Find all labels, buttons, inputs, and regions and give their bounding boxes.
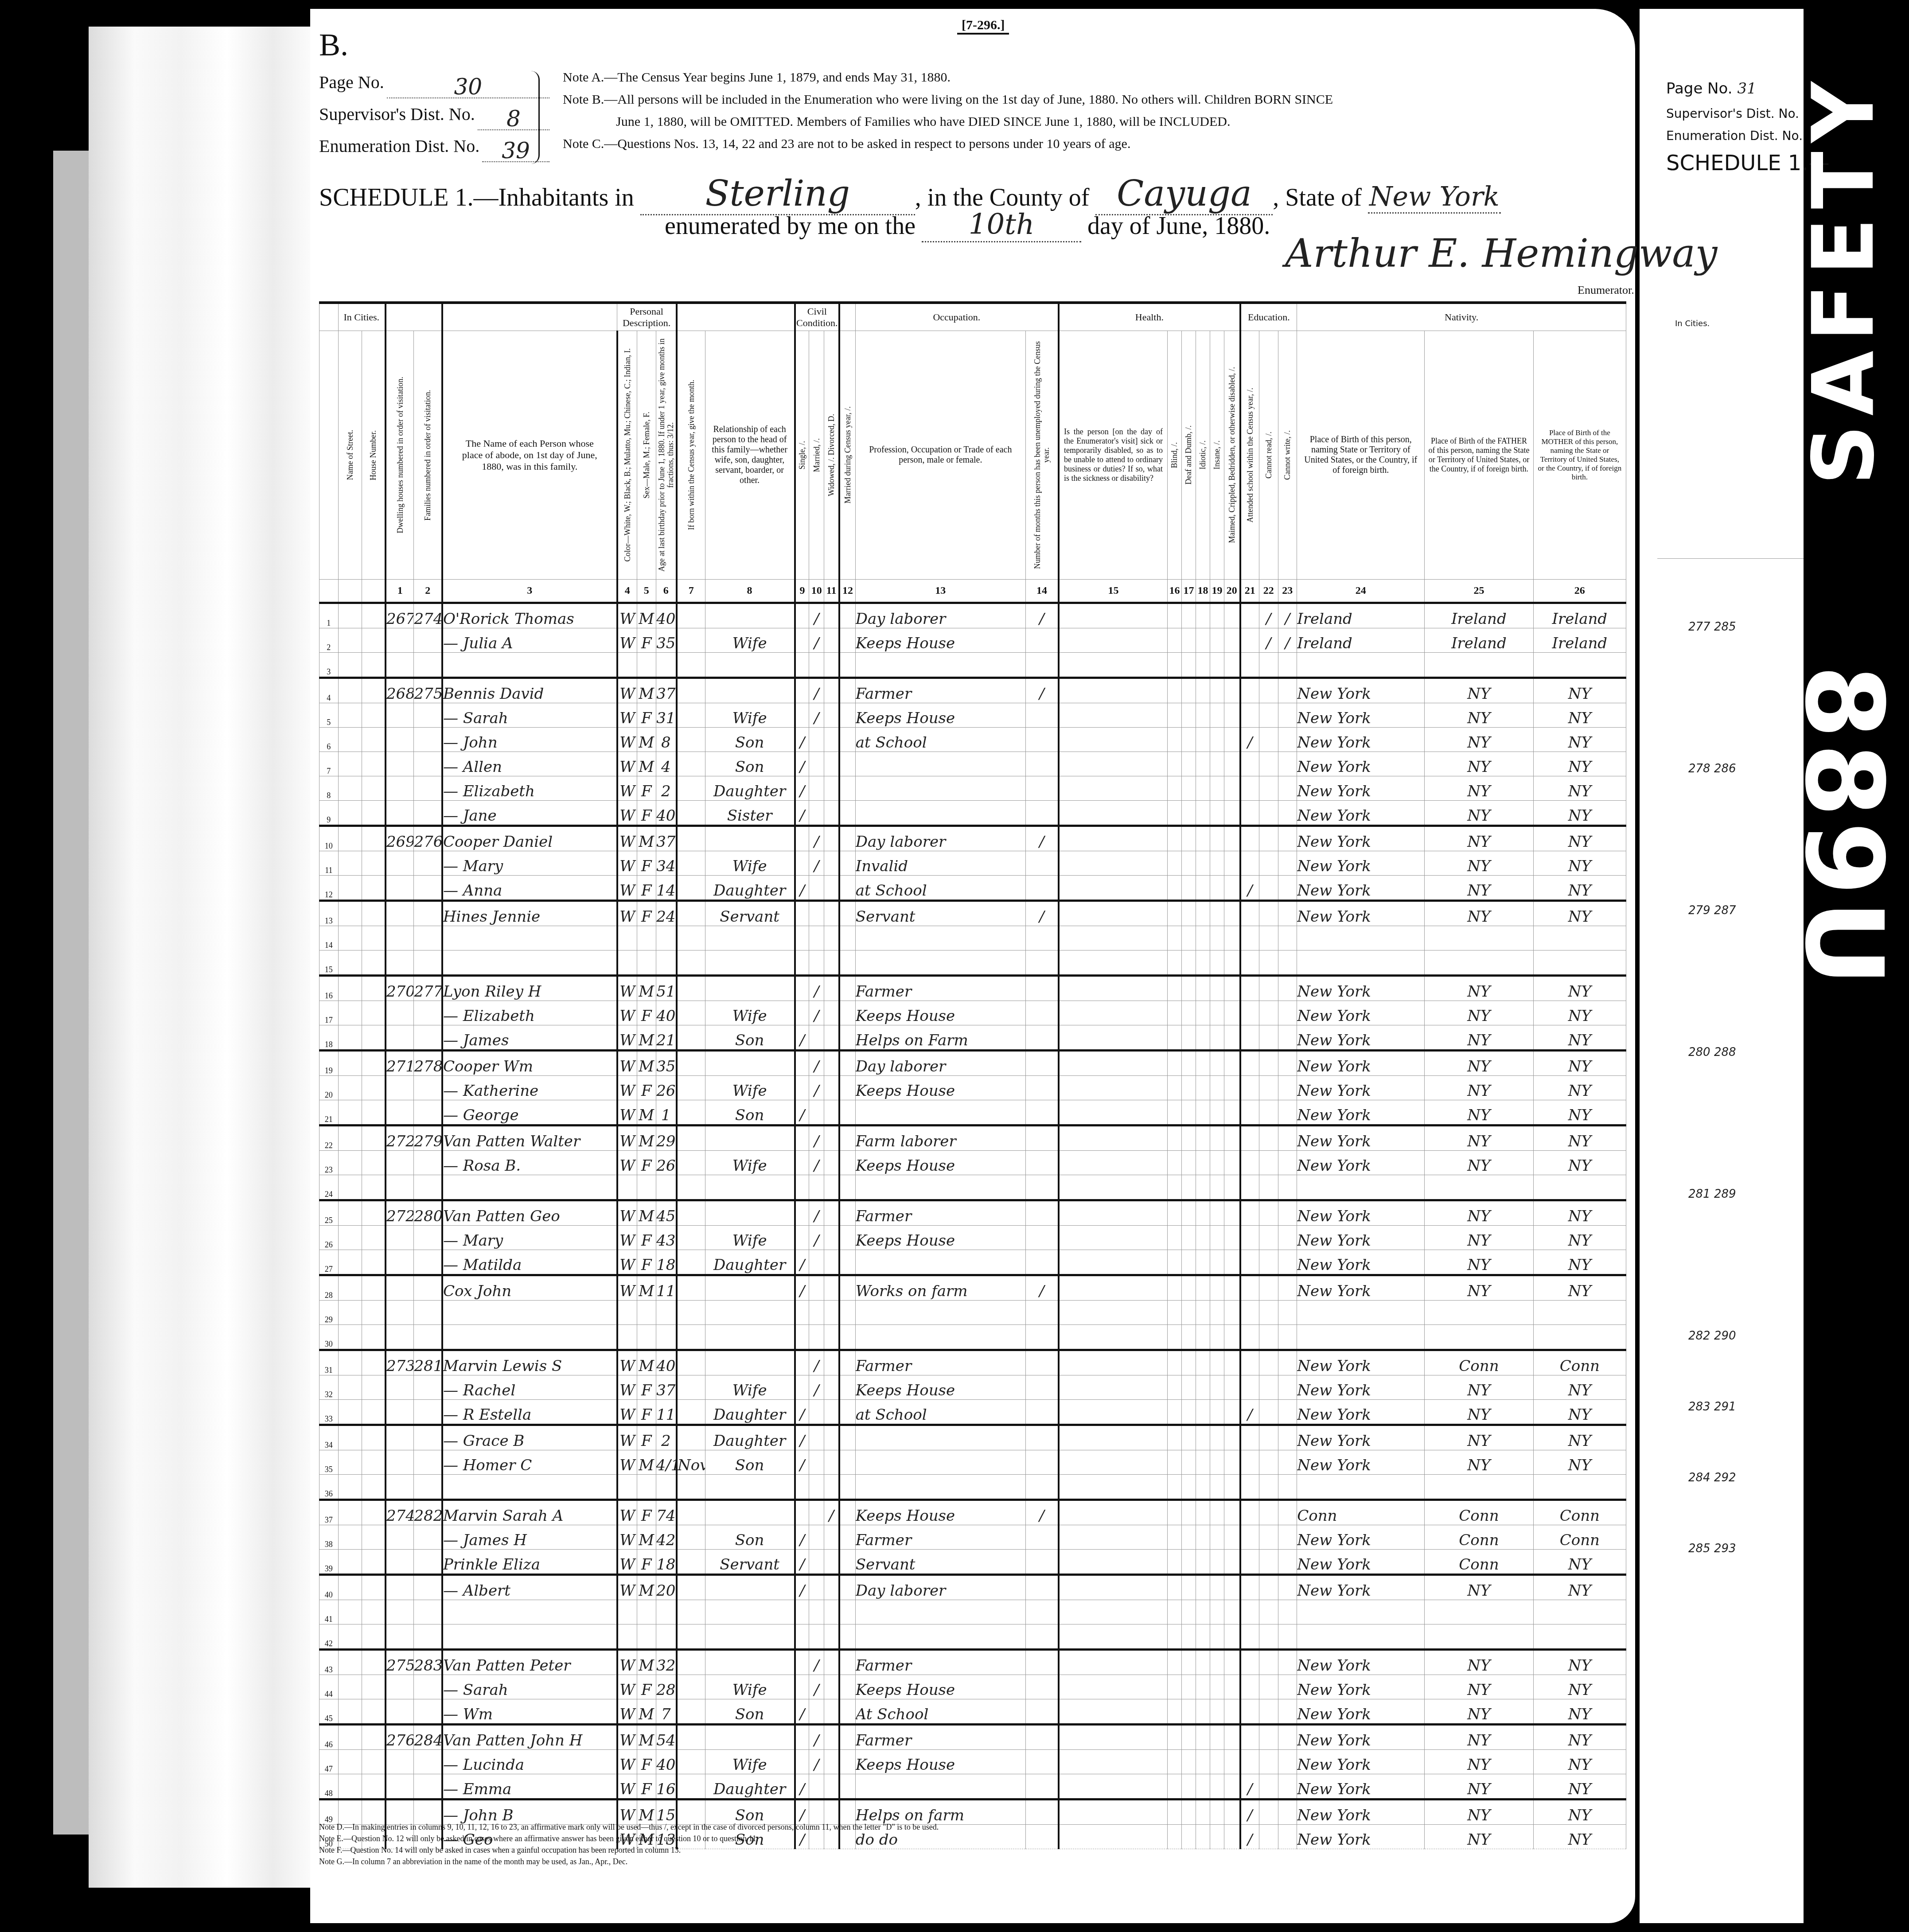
house-number xyxy=(362,1550,386,1575)
single xyxy=(795,1650,809,1675)
line-number: 14 xyxy=(319,926,339,950)
blind xyxy=(1167,1774,1181,1800)
family-number xyxy=(414,1301,442,1325)
married-census-year xyxy=(839,1600,855,1624)
mother-birthplace: NY xyxy=(1533,1076,1626,1100)
widowed xyxy=(824,901,839,926)
father-birthplace: NY xyxy=(1425,851,1533,876)
occupation: Day laborer xyxy=(855,603,1025,628)
col-name: The Name of each Person whose place of a… xyxy=(442,331,617,580)
mother-birthplace: NY xyxy=(1533,1025,1626,1051)
unemployed xyxy=(1025,1450,1059,1475)
attended-school xyxy=(1240,826,1259,851)
age: 18 xyxy=(656,1550,677,1575)
house-number xyxy=(362,1725,386,1750)
father-birthplace: NY xyxy=(1425,826,1533,851)
cannot-read xyxy=(1259,703,1278,728)
birthplace: New York xyxy=(1297,1725,1425,1750)
birth-month xyxy=(677,1226,705,1250)
widowed xyxy=(824,678,839,703)
cannot-write xyxy=(1278,1275,1297,1301)
house-number xyxy=(362,851,386,876)
deaf xyxy=(1181,1175,1196,1200)
state-field: New York xyxy=(1368,181,1501,214)
relationship: Wife xyxy=(705,628,795,653)
maimed xyxy=(1224,1600,1240,1624)
cannot-write xyxy=(1278,1725,1297,1750)
col-house: House Number. xyxy=(362,331,386,580)
house-number xyxy=(362,1226,386,1250)
attended-school xyxy=(1240,703,1259,728)
house-number xyxy=(362,678,386,703)
person-name: Prinkle Eliza xyxy=(442,1550,617,1575)
street xyxy=(338,876,362,901)
cannot-read xyxy=(1259,1001,1278,1025)
street xyxy=(338,1226,362,1250)
mother-birthplace: NY xyxy=(1533,1699,1626,1725)
street xyxy=(338,1325,362,1350)
maimed xyxy=(1224,901,1240,926)
cannot-read xyxy=(1259,826,1278,851)
next-entry: 278 286 xyxy=(1688,762,1736,775)
table-row: 42 xyxy=(319,1624,1626,1650)
line-number: 22 xyxy=(319,1126,339,1151)
unemployed: / xyxy=(1025,1500,1059,1525)
sickness xyxy=(1059,1600,1167,1624)
age: 8 xyxy=(656,728,677,752)
widowed xyxy=(824,1175,839,1200)
unemployed xyxy=(1025,950,1059,976)
street xyxy=(338,1275,362,1301)
family-number xyxy=(414,876,442,901)
deaf xyxy=(1181,1725,1196,1750)
mother-birthplace: Conn xyxy=(1533,1525,1626,1550)
occupation xyxy=(855,801,1025,826)
single: / xyxy=(795,1800,809,1825)
house-number xyxy=(362,1301,386,1325)
single xyxy=(795,851,809,876)
table-row: 39Prinkle ElizaWF18Servant/ServantNew Yo… xyxy=(319,1550,1626,1575)
widowed xyxy=(824,1650,839,1675)
age: 26 xyxy=(656,1151,677,1175)
unemployed xyxy=(1025,1375,1059,1400)
married: / xyxy=(809,1001,824,1025)
relationship: Wife xyxy=(705,1750,795,1774)
cannot-write xyxy=(1278,1226,1297,1250)
maimed xyxy=(1224,1624,1240,1650)
birthplace: New York xyxy=(1297,1100,1425,1126)
maimed xyxy=(1224,1800,1240,1825)
married-census-year xyxy=(839,976,855,1001)
dwelling-number xyxy=(386,728,414,752)
next-entry: 284 292 xyxy=(1688,1471,1736,1484)
dwelling-number: 274 xyxy=(386,1500,414,1525)
dwelling-number xyxy=(386,801,414,826)
birth-month xyxy=(677,826,705,851)
birth-month xyxy=(677,1151,705,1175)
married-census-year xyxy=(839,926,855,950)
table-row: 25272280Van Patten GeoWM45/FarmerNew Yor… xyxy=(319,1200,1626,1226)
sickness xyxy=(1059,1301,1167,1325)
line-number: 7 xyxy=(319,752,339,776)
relationship xyxy=(705,926,795,950)
married xyxy=(809,1325,824,1350)
street xyxy=(338,1025,362,1051)
single xyxy=(795,1375,809,1400)
attended-school xyxy=(1240,1076,1259,1100)
blind xyxy=(1167,1250,1181,1275)
widowed xyxy=(824,1624,839,1650)
single xyxy=(795,1076,809,1100)
person-name: O'Rorick Thomas xyxy=(442,603,617,628)
cannot-read xyxy=(1259,1301,1278,1325)
street xyxy=(338,728,362,752)
house-number xyxy=(362,1525,386,1550)
idiotic xyxy=(1196,1126,1210,1151)
blind xyxy=(1167,826,1181,851)
age: 37 xyxy=(656,826,677,851)
meta-brace xyxy=(530,71,540,164)
father-birthplace: NY xyxy=(1425,1825,1533,1849)
family-number: 283 xyxy=(414,1650,442,1675)
birthplace: New York xyxy=(1297,1699,1425,1725)
maimed xyxy=(1224,1725,1240,1750)
maimed xyxy=(1224,1151,1240,1175)
table-row: 11— MaryWF34Wife/InvalidNew YorkNYNY xyxy=(319,851,1626,876)
age: 35 xyxy=(656,1051,677,1076)
sex xyxy=(637,1175,656,1200)
person-name: — Sarah xyxy=(442,1675,617,1699)
sickness xyxy=(1059,801,1167,826)
insane xyxy=(1210,678,1224,703)
unemployed xyxy=(1025,1624,1059,1650)
age: 11 xyxy=(656,1400,677,1425)
age: 43 xyxy=(656,1226,677,1250)
married xyxy=(809,1425,824,1450)
idiotic xyxy=(1196,1226,1210,1250)
unemployed xyxy=(1025,1425,1059,1450)
married-census-year xyxy=(839,1051,855,1076)
attended-school xyxy=(1240,1750,1259,1774)
age: 37 xyxy=(656,678,677,703)
birthplace: New York xyxy=(1297,752,1425,776)
cannot-write xyxy=(1278,1624,1297,1650)
person-name xyxy=(442,1301,617,1325)
person-name: — Albert xyxy=(442,1575,617,1600)
blind xyxy=(1167,950,1181,976)
dwelling-number: 269 xyxy=(386,826,414,851)
unemployed: / xyxy=(1025,901,1059,926)
married-census-year xyxy=(839,876,855,901)
single: / xyxy=(795,876,809,901)
relationship: Daughter xyxy=(705,776,795,801)
idiotic xyxy=(1196,1325,1210,1350)
single: / xyxy=(795,801,809,826)
table-row: 14 xyxy=(319,926,1626,950)
age xyxy=(656,950,677,976)
cannot-write xyxy=(1278,1475,1297,1500)
color: W xyxy=(617,1100,637,1126)
sex: M xyxy=(637,976,656,1001)
father-birthplace: NY xyxy=(1425,1275,1533,1301)
age: 14 xyxy=(656,876,677,901)
sex: M xyxy=(637,1450,656,1475)
sex: M xyxy=(637,1200,656,1226)
person-name: — James xyxy=(442,1025,617,1051)
attended-school: / xyxy=(1240,728,1259,752)
father-birthplace xyxy=(1425,926,1533,950)
occupation: Keeps House xyxy=(855,1001,1025,1025)
insane xyxy=(1210,728,1224,752)
sickness xyxy=(1059,926,1167,950)
attended-school xyxy=(1240,1525,1259,1550)
relationship xyxy=(705,1200,795,1226)
sex: M xyxy=(637,1575,656,1600)
table-row: 13Hines JennieWF24ServantServant/New Yor… xyxy=(319,901,1626,926)
cannot-write xyxy=(1278,801,1297,826)
sex: M xyxy=(637,728,656,752)
idiotic xyxy=(1196,1400,1210,1425)
dwelling-number xyxy=(386,1750,414,1774)
family-number xyxy=(414,950,442,976)
table-row: 18— JamesWM21Son/Helps on FarmNew YorkNY… xyxy=(319,1025,1626,1051)
married: / xyxy=(809,628,824,653)
blind xyxy=(1167,1025,1181,1051)
occupation: at School xyxy=(855,1400,1025,1425)
widowed xyxy=(824,1450,839,1475)
line-number: 38 xyxy=(319,1525,339,1550)
attended-school xyxy=(1240,1250,1259,1275)
cannot-read xyxy=(1259,728,1278,752)
blind xyxy=(1167,776,1181,801)
married: / xyxy=(809,1151,824,1175)
birthplace: New York xyxy=(1297,1675,1425,1699)
age: 28 xyxy=(656,1675,677,1699)
color: W xyxy=(617,876,637,901)
birth-month xyxy=(677,703,705,728)
dwelling-number xyxy=(386,1675,414,1699)
father-birthplace: NY xyxy=(1425,1575,1533,1600)
cannot-write xyxy=(1278,1375,1297,1400)
attended-school xyxy=(1240,603,1259,628)
house-number xyxy=(362,1400,386,1425)
cannot-write xyxy=(1278,1100,1297,1126)
cannot-write xyxy=(1278,728,1297,752)
cannot-read xyxy=(1259,851,1278,876)
line-number: 11 xyxy=(319,851,339,876)
occupation xyxy=(855,1450,1025,1475)
sex: F xyxy=(637,876,656,901)
maimed xyxy=(1224,801,1240,826)
mother-birthplace: NY xyxy=(1533,703,1626,728)
line-number: 25 xyxy=(319,1200,339,1226)
age xyxy=(656,1301,677,1325)
sex xyxy=(637,1301,656,1325)
cannot-write xyxy=(1278,976,1297,1001)
color: W xyxy=(617,1275,637,1301)
cannot-read xyxy=(1259,752,1278,776)
col-mother-birthplace: Place of Birth of the MOTHER of this per… xyxy=(1533,331,1626,580)
unemployed: / xyxy=(1025,1275,1059,1301)
family-number xyxy=(414,1100,442,1126)
unemployed xyxy=(1025,1525,1059,1550)
line-number: 30 xyxy=(319,1325,339,1350)
table-row: 21— GeorgeWM1Son/New YorkNYNY xyxy=(319,1100,1626,1126)
line-no-header xyxy=(319,303,339,331)
dwelling-number xyxy=(386,1425,414,1450)
maimed xyxy=(1224,1699,1240,1725)
maimed xyxy=(1224,776,1240,801)
married xyxy=(809,1025,824,1051)
unemployed xyxy=(1025,1200,1059,1226)
house-number xyxy=(362,1475,386,1500)
birth-month xyxy=(677,653,705,678)
sickness xyxy=(1059,1025,1167,1051)
house-number xyxy=(362,826,386,851)
unemployed: / xyxy=(1025,678,1059,703)
sickness xyxy=(1059,1001,1167,1025)
sickness xyxy=(1059,1250,1167,1275)
page-meta: Page No.30 Supervisor's Dist. No.8 Enume… xyxy=(319,66,549,162)
line-number: 45 xyxy=(319,1699,339,1725)
cannot-read xyxy=(1259,926,1278,950)
sickness xyxy=(1059,1076,1167,1100)
table-row: 8— ElizabethWF2Daughter/New YorkNYNY xyxy=(319,776,1626,801)
table-row: 41 xyxy=(319,1600,1626,1624)
widowed xyxy=(824,1525,839,1550)
person-name: — Mary xyxy=(442,1226,617,1250)
next-entry: 277 285 xyxy=(1688,620,1736,634)
unemployed xyxy=(1025,1051,1059,1076)
sickness xyxy=(1059,1725,1167,1750)
deaf xyxy=(1181,1226,1196,1250)
table-row: 48— EmmaWF16Daughter//New YorkNYNY xyxy=(319,1774,1626,1800)
deaf xyxy=(1181,752,1196,776)
widowed xyxy=(824,1275,839,1301)
relationship: Servant xyxy=(705,1550,795,1575)
idiotic xyxy=(1196,1151,1210,1175)
color: W xyxy=(617,1001,637,1025)
color: W xyxy=(617,1051,637,1076)
occupation: Farmer xyxy=(855,678,1025,703)
insane xyxy=(1210,1175,1224,1200)
idiotic xyxy=(1196,628,1210,653)
married xyxy=(809,1100,824,1126)
married-census-year xyxy=(839,1400,855,1425)
deaf xyxy=(1181,1500,1196,1525)
in-cities-group: In Cities. xyxy=(338,303,386,331)
single xyxy=(795,1051,809,1076)
sickness xyxy=(1059,1750,1167,1774)
birthplace: New York xyxy=(1297,1750,1425,1774)
occupation xyxy=(855,1100,1025,1126)
single xyxy=(795,1200,809,1226)
occupation xyxy=(855,752,1025,776)
widowed xyxy=(824,801,839,826)
street xyxy=(338,678,362,703)
idiotic xyxy=(1196,1624,1210,1650)
family-number xyxy=(414,851,442,876)
sickness xyxy=(1059,1525,1167,1550)
single xyxy=(795,901,809,926)
maimed xyxy=(1224,628,1240,653)
line-number: 9 xyxy=(319,801,339,826)
insane xyxy=(1210,1400,1224,1425)
family-number xyxy=(414,1400,442,1425)
cannot-write xyxy=(1278,876,1297,901)
widowed xyxy=(824,776,839,801)
col-dwelling: Dwelling houses numbered in order of vis… xyxy=(386,331,414,580)
table-row: 17— ElizabethWF40Wife/Keeps HouseNew Yor… xyxy=(319,1001,1626,1025)
family-number xyxy=(414,1076,442,1100)
family-number xyxy=(414,1525,442,1550)
family-number xyxy=(414,1175,442,1200)
table-row: 32— RachelWF37Wife/Keeps HouseNew YorkNY… xyxy=(319,1375,1626,1400)
person-name: Van Patten Geo xyxy=(442,1200,617,1226)
sickness xyxy=(1059,1675,1167,1699)
col-idiotic: Idiotic, /. xyxy=(1196,331,1210,580)
cannot-read xyxy=(1259,1151,1278,1175)
blind xyxy=(1167,678,1181,703)
idiotic xyxy=(1196,826,1210,851)
birthplace: New York xyxy=(1297,1650,1425,1675)
widowed xyxy=(824,1076,839,1100)
married-census-year xyxy=(839,1001,855,1025)
single xyxy=(795,1226,809,1250)
single xyxy=(795,976,809,1001)
widowed xyxy=(824,1001,839,1025)
maimed xyxy=(1224,1275,1240,1301)
col-married: Married, /. xyxy=(809,331,824,580)
attended-school xyxy=(1240,1425,1259,1450)
maimed xyxy=(1224,1500,1240,1525)
table-row: 5— SarahWF31Wife/Keeps HouseNew YorkNYNY xyxy=(319,703,1626,728)
dwelling-number xyxy=(386,1450,414,1475)
health-group: Health. xyxy=(1059,303,1240,331)
house-number xyxy=(362,901,386,926)
father-birthplace xyxy=(1425,950,1533,976)
unemployed xyxy=(1025,1400,1059,1425)
cannot-write xyxy=(1278,1699,1297,1725)
color: W xyxy=(617,1774,637,1800)
father-birthplace: Ireland xyxy=(1425,603,1533,628)
col-married-year: Married during Census year, /. xyxy=(839,331,855,580)
birth-month xyxy=(677,1575,705,1600)
married-census-year xyxy=(839,1624,855,1650)
attended-school xyxy=(1240,1126,1259,1151)
idiotic xyxy=(1196,1699,1210,1725)
age: 11 xyxy=(656,1275,677,1301)
occupation xyxy=(855,1600,1025,1624)
mother-birthplace: NY xyxy=(1533,826,1626,851)
family-number xyxy=(414,703,442,728)
sex: F xyxy=(637,776,656,801)
occupation: Helps on farm xyxy=(855,1800,1025,1825)
birthplace: New York xyxy=(1297,728,1425,752)
age xyxy=(656,1600,677,1624)
cannot-read xyxy=(1259,1076,1278,1100)
married xyxy=(809,876,824,901)
line-number: 46 xyxy=(319,1725,339,1750)
mother-birthplace: NY xyxy=(1533,901,1626,926)
birth-month xyxy=(677,1126,705,1151)
sex: F xyxy=(637,1774,656,1800)
line-number: 23 xyxy=(319,1151,339,1175)
sex: F xyxy=(637,1675,656,1699)
father-birthplace: NY xyxy=(1425,703,1533,728)
age: 18 xyxy=(656,1250,677,1275)
cannot-read xyxy=(1259,1375,1278,1400)
